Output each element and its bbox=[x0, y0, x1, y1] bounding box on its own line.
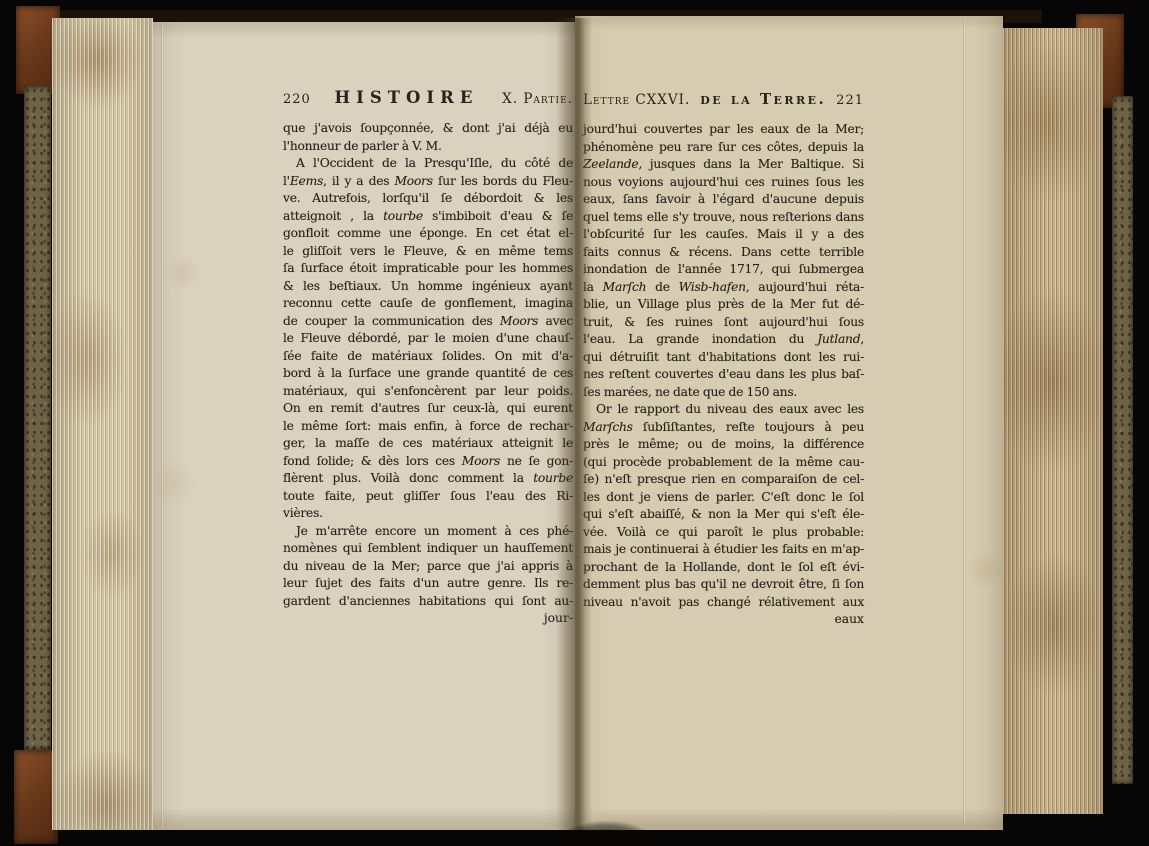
part-label: X. Partie. bbox=[502, 91, 573, 107]
left-page-body: que j'avois ſoupçonnée, & dont j'ai déjà… bbox=[283, 120, 573, 610]
text-line: mais je continuerai à étudier les faits … bbox=[583, 541, 864, 559]
text-line: le même ſort: mais enfin, à force de rec… bbox=[283, 418, 573, 436]
right-fore-edge-pages bbox=[1003, 28, 1103, 814]
text-line: (qui procède probablement de la même cau… bbox=[583, 454, 864, 472]
left-page-text: 220 HISTOIRE X. Partie. que j'avois ſoup… bbox=[283, 88, 573, 628]
text-line: qui détruiſit tant d'habitations dont le… bbox=[583, 349, 864, 367]
book-scan-photo: 220 HISTOIRE X. Partie. que j'avois ſoup… bbox=[0, 0, 1149, 846]
text-line: phénomène peu rare ſur ces côtes, depuis… bbox=[583, 139, 864, 157]
right-page-catchword: eaux bbox=[583, 611, 864, 629]
text-line: Zeelande, jusques dans la Mer Baltique. … bbox=[583, 156, 864, 174]
right-cover-board bbox=[1112, 96, 1133, 784]
text-line: les dont je viens de parler. C'eſt donc … bbox=[583, 489, 864, 507]
text-line: l'eau. La grande inondation du Jutland, bbox=[583, 331, 864, 349]
left-page-catchword: jour- bbox=[283, 610, 573, 628]
text-line: ſée faite de matériaux ſolides. On mit d… bbox=[283, 348, 573, 366]
text-line: atteignoit , la tourbe s'imbiboit d'eau … bbox=[283, 208, 573, 226]
text-line: faits connus & récens. Dans cette terrib… bbox=[583, 244, 864, 262]
text-line: Or le rapport du niveau des eaux avec le… bbox=[583, 401, 864, 419]
text-line: ger, la maſſe de ces matériaux atteignit… bbox=[283, 435, 573, 453]
text-line: Marſchs ſubſiſtantes, reſte toujours à p… bbox=[583, 419, 864, 437]
running-title-right: de la Terre. bbox=[700, 90, 826, 108]
text-line: truit, & ſes ruines ſont aujourd'hui ſou… bbox=[583, 314, 864, 332]
text-line: ſe) n'eſt presque rien en comparaiſon de… bbox=[583, 471, 864, 489]
text-line: reconnu cette cauſe de gonflement, imagi… bbox=[283, 295, 573, 313]
text-line: jourd'hui couvertes par les eaux de la M… bbox=[583, 121, 864, 139]
right-page-text: Lettre CXXVI. de la Terre. 221 jourd'hui… bbox=[583, 90, 864, 629]
text-line: nous voyions aujourd'hui ces ruines ſous… bbox=[583, 174, 864, 192]
text-line: de couper la communication des Moors ave… bbox=[283, 313, 573, 331]
text-line: que j'avois ſoupçonnée, & dont j'ai déjà… bbox=[283, 120, 573, 138]
text-line: demment plus bas qu'il ne devroit être, … bbox=[583, 576, 864, 594]
text-line: l'honneur de parler à V. M. bbox=[283, 138, 573, 156]
right-page-header: Lettre CXXVI. de la Terre. 221 bbox=[583, 90, 864, 108]
text-line: nes reſtent couvertes d'eau dans les plu… bbox=[583, 366, 864, 384]
left-page-header: 220 HISTOIRE X. Partie. bbox=[283, 88, 573, 107]
right-page-body: jourd'hui couvertes par les eaux de la M… bbox=[583, 121, 864, 611]
text-line: gonfloit comme une éponge. En cet état e… bbox=[283, 225, 573, 243]
text-line: eaux, ſans ſavoir à l'égard d'aucune dep… bbox=[583, 191, 864, 209]
text-line: le gliſſoit vers le Fleuve, & en même te… bbox=[283, 243, 573, 261]
text-line: matériaux, qui s'enfoncèrent par leur po… bbox=[283, 383, 573, 401]
text-line: du niveau de la Mer; parce que j'ai appr… bbox=[283, 558, 573, 576]
text-line: la Marſch de Wisb-hafen, aujourd'hui rét… bbox=[583, 279, 864, 297]
text-line: fond ſolide; & dès lors ces Moors ne ſe … bbox=[283, 453, 573, 471]
text-line: ſa ſurface étoit impraticable pour les h… bbox=[283, 260, 573, 278]
text-line: quel tems elle s'y trouve, nous reſterio… bbox=[583, 209, 864, 227]
text-line: prochant de la Hollande, dont le ſol eſt… bbox=[583, 559, 864, 577]
left-page-number: 220 bbox=[283, 92, 311, 107]
text-line: qui s'eſt abaiſſé, & non la Mer qui s'eſ… bbox=[583, 506, 864, 524]
text-line: toute faite, peut gliſſer ſous l'eau des… bbox=[283, 488, 573, 506]
text-line: ve. Autrefois, lorſqu'il ſe débordoit & … bbox=[283, 190, 573, 208]
text-line: A l'Occident de la Presqu'Iſle, du côté … bbox=[283, 155, 573, 173]
text-line: nomènes qui ſemblent indiquer un hauſſem… bbox=[283, 540, 573, 558]
left-fore-edge-pages bbox=[52, 18, 153, 830]
right-page-number: 221 bbox=[836, 93, 864, 108]
running-title: HISTOIRE bbox=[335, 88, 479, 107]
text-line: flèrent plus. Voilà donc comment la tour… bbox=[283, 470, 573, 488]
text-line: ſes marées, ne date que de 150 ans. bbox=[583, 384, 864, 402]
text-line: vée. Voilà ce qui paroît le plus probabl… bbox=[583, 524, 864, 542]
text-line: blie, un Village plus près de la Mer fut… bbox=[583, 296, 864, 314]
text-line: On en remit d'autres ſur ceux-là, qui eu… bbox=[283, 400, 573, 418]
text-line: près le même; ou de moins, la différence bbox=[583, 436, 864, 454]
letter-label: Lettre CXXVI. bbox=[583, 92, 690, 108]
text-line: l'obſcurité ſur les cauſes. Mais il y a … bbox=[583, 226, 864, 244]
text-line: le Fleuve débordé, par le moien d'une ch… bbox=[283, 330, 573, 348]
left-cover-board bbox=[24, 86, 51, 750]
text-line: gardent d'anciennes habitations qui ſont… bbox=[283, 593, 573, 611]
text-line: vières. bbox=[283, 505, 573, 523]
right-page: Lettre CXXVI. de la Terre. 221 jourd'hui… bbox=[575, 16, 1003, 830]
text-line: niveau n'avoit pas changé rélativement a… bbox=[583, 594, 864, 612]
text-line: inondation de l'année 1717, qui ſubmerge… bbox=[583, 261, 864, 279]
text-line: l'Eems, il y a des Moors ſur les bords d… bbox=[283, 173, 573, 191]
text-line: leur ſujet des faits d'un autre genre. I… bbox=[283, 575, 573, 593]
left-page: 220 HISTOIRE X. Partie. que j'avois ſoup… bbox=[153, 22, 575, 830]
text-line: Je m'arrête encore un moment à ces phé- bbox=[283, 523, 573, 541]
text-line: bord à la ſurface une grande quantité de… bbox=[283, 365, 573, 383]
text-line: & les beſtiaux. Un homme ingénieux ayant bbox=[283, 278, 573, 296]
